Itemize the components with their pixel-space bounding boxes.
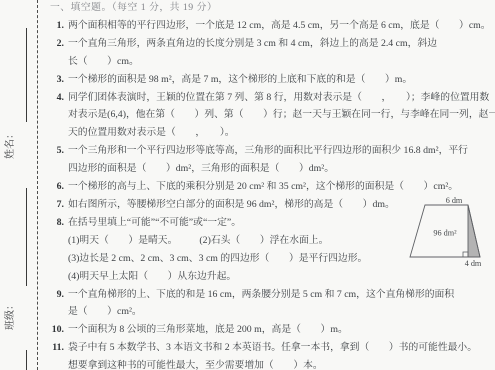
question-2-text-line-2: 长（ ）cm。 [50,53,494,71]
question-4-text-line-1: 同学们团体表演时，王颖的位置在第 7 列、第 8 行，用数对表示是（ ， ）；李… [68,92,489,103]
figure-base-dimension: 4 dm [465,259,482,268]
figure-area-label: 96 dm² [433,229,457,238]
binding-dashed-line [37,0,38,370]
figure-top-dimension: 6 dm [446,196,463,205]
class-label-wrap: 班级： [0,310,25,322]
question-10-text: 一个面积为 8 公顷的三角形菜地，底是 200 m，高是（ ）m。 [68,324,348,335]
class-label: 班级： [5,302,17,330]
question-4-text-line-3: 天的位置用数对表示是（ ， ）。 [50,124,494,142]
question-2-number: 2. [50,35,64,53]
question-7-text: 如右图所示，等腰梯形空白部分的面积是 96 dm²，梯形的高是（ ）dm。 [68,199,395,210]
question-2-text-line-1: 一个直角三角形，两条直角边的长度分别是 3 cm 和 4 cm，斜边上的高是 2… [68,38,437,49]
question-1-number: 1. [50,17,64,35]
question-2: 2.一个直角三角形，两条直角边的长度分别是 3 cm 和 4 cm，斜边上的高是… [50,35,494,53]
name-label: 姓名： [5,131,17,159]
section-title: 一、填空题。（每空 1 分，共 19 分） [50,0,494,17]
bottom-blank-line [26,350,27,370]
question-9-number: 9. [50,286,64,304]
fill-in-blank-section: 一、填空题。（每空 1 分，共 19 分） 1.两个面积相等的平行四边形，一个底… [50,0,494,370]
question-10: 10.一个面积为 8 公顷的三角形菜地，底是 200 m，高是（ ）m。 [50,321,494,339]
question-6-text: 一个梯形的高与上、下底的乘积分别是 20 cm² 和 35 cm²，这个梯形的面… [68,181,458,192]
question-5-text-line-1: 一个三角形和一个平行四边形等底等高，三角形的面积比平行四边形的面积少 16.8 … [68,145,468,156]
question-1: 1.两个面积相等的平行四边形，一个底是 12 cm，高是 4.5 cm，另一个高… [50,17,494,35]
question-4-text-line-2: 对表示是(6,4)，他在第（ ）列、第（ ）行；赵一天与王颖在同一行，与李峰在同… [50,106,494,124]
question-8-text: 在括号里填上“可能”“不可能”或“一定”。 [68,217,241,228]
name-blank-line [26,28,27,122]
question-3: 3.一个梯形的面积是 98 m²，高是 7 m，这个梯形的上底和下底的和是（ ）… [50,71,494,89]
question-5-text-line-2: 四边形的面积是（ ）dm²，三角形的面积是（ ）dm²。 [50,160,494,178]
class-blank-line [26,188,27,286]
question-9: 9.一个直角梯形的上、下底的和是 16 cm，两条腰分别是 5 cm 和 7 c… [50,286,494,304]
question-5-number: 5. [50,142,64,160]
question-9-text-line-1: 一个直角梯形的上、下底的和是 16 cm，两条腰分别是 5 cm 和 7 cm，… [68,289,454,300]
question-10-number: 10. [50,321,64,339]
question-4: 4.同学们团体表演时，王颖的位置在第 7 列、第 8 行，用数对表示是（ ， ）… [50,89,494,107]
question-5: 5.一个三角形和一个平行四边形等底等高，三角形的面积比平行四边形的面积少 16.… [50,142,494,160]
question-6: 6.一个梯形的高与上、下底的乘积分别是 20 cm² 和 35 cm²，这个梯形… [50,178,494,196]
question-8-subitem-2: (2)石头（ ）浮在水面上。 [199,235,328,246]
question-8-subitem-1: (1)明天（ ）是晴天。 [68,235,177,246]
question-1-text: 两个面积相等的平行四边形，一个底是 12 cm，高是 4.5 cm，另一个高是 … [68,20,491,31]
exam-paper-page: 姓名： 班级： 一、填空题。（每空 1 分，共 19 分） 1.两个面积相等的平… [0,0,495,370]
question-9-text-line-2: 是（ ）cm²。 [50,303,494,321]
question-11-text-line-1: 袋子中有 5 本数学书、3 本语文书和 2 本英语书。任拿一本书，拿到（ ）书的… [68,342,477,353]
question-11-text-line-2: 想要拿到这种书的可能性最大，至少需要增加（ ）本。 [50,357,494,370]
question-6-number: 6. [50,178,64,196]
right-angle-mark [463,252,468,257]
trapezoid-figure: 6 dm 96 dm² 4 dm [400,195,495,273]
name-label-wrap: 姓名： [0,139,25,151]
question-11: 11.袋子中有 5 本数学书、3 本语文书和 2 本英语书。任拿一本书，拿到（ … [50,339,494,357]
question-7-number: 7. [50,196,64,214]
question-4-number: 4. [50,89,64,107]
question-11-number: 11. [50,339,64,357]
question-3-number: 3. [50,71,64,89]
question-3-text: 一个梯形的面积是 98 m²，高是 7 m，这个梯形的上底和下底的和是（ ）m。 [68,74,412,85]
question-8-number: 8. [50,214,64,232]
